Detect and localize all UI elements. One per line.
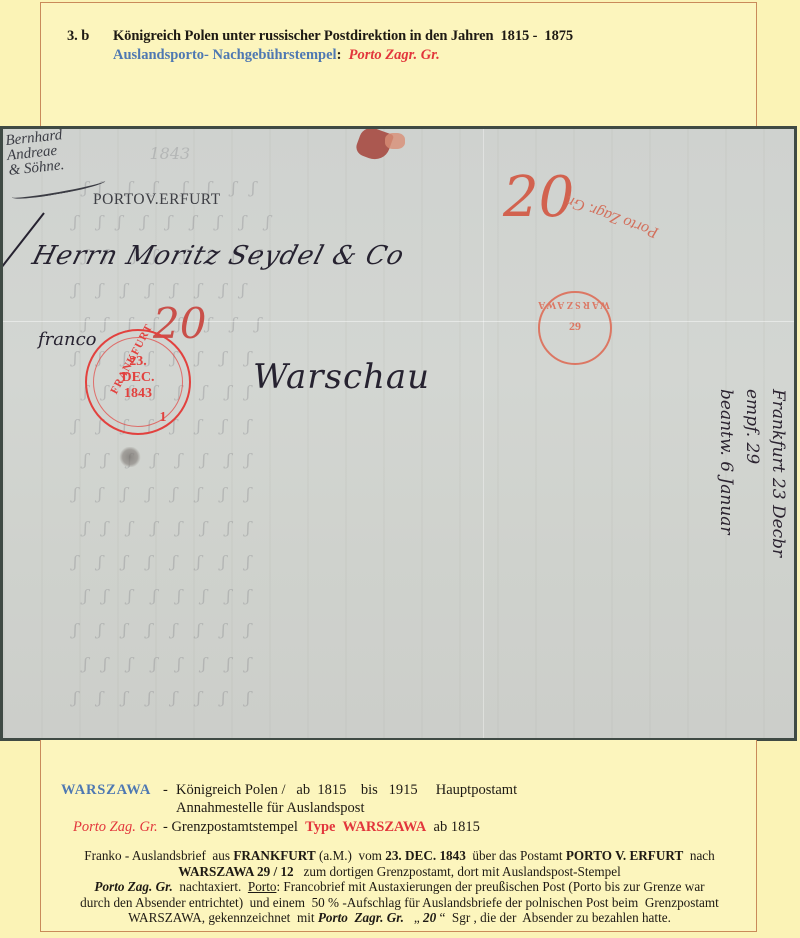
docket-notation: 1843 Bernh. Andreae & Söhne Frankfurt 23…: [543, 389, 797, 589]
postmark-day: 29: [540, 319, 610, 334]
desc-transit: PORTO V. ERFURT: [566, 848, 683, 863]
docket-sender: Bernh. Andreae & Söhne: [791, 389, 797, 589]
desc-text: (a.M.) vom: [316, 848, 386, 863]
desc-text: “ Sgr , die der Absender zu bezahlen hat…: [436, 910, 671, 925]
desc-text: „: [404, 910, 423, 925]
desc-text: zum dortigen Grenzpostamt, dort mit Ausl…: [294, 864, 621, 879]
subtitle-stamp-name: Porto Zagr. Gr.: [349, 47, 440, 63]
page-title: 3. bKönigreich Polen unter russischer Po…: [67, 28, 573, 45]
subtitle-colon: :: [337, 47, 342, 63]
section-number: 3. b: [67, 28, 113, 45]
header-panel: 3. bKönigreich Polen unter russischer Po…: [40, 2, 757, 127]
desc-text: nach: [683, 848, 715, 863]
desc-rate: 20: [423, 910, 436, 925]
postmark-suffix: 1: [137, 411, 189, 425]
desc-stamp: Porto Zagr. Gr.: [318, 910, 404, 925]
legend-porto-prefix: - Grenzpostamtstempel: [163, 819, 305, 835]
legend-warszawa-line2: Annahmestelle für Auslandspost: [176, 800, 364, 817]
postmark-year: 1843: [87, 387, 189, 401]
desc-stamp: Porto Zag. Gr.: [94, 879, 172, 894]
desc-arrival: WARSZAWA 29 / 12: [178, 864, 293, 879]
address-recipient: Herrn Moritz Seydel & Co: [29, 241, 408, 271]
legend-porto-suffix: ab 1815: [426, 819, 480, 835]
desc-date: 23. DEC. 1843: [385, 848, 466, 863]
desc-porto-term: Porto: [248, 879, 277, 894]
desc-text: nachtaxiert.: [173, 879, 248, 894]
red-porto-note: Porto Zagr. Gr.: [563, 191, 661, 241]
desc-line-3: Porto Zag. Gr. nachtaxiert. Porto: Franc…: [41, 879, 758, 895]
sender-line-3: & Söhne.: [8, 158, 66, 179]
desc-line-4: durch den Absender entrichtet) und einem…: [41, 895, 758, 911]
legend-warszawa-label: WARSZAWA: [61, 782, 156, 799]
legend-porto-label: Porto Zag. Gr.: [73, 819, 158, 836]
wax-seal-remnant-light: [385, 133, 405, 149]
desc-text: über das Postamt: [466, 848, 566, 863]
postmark-city: WARSZAWA: [540, 299, 610, 310]
legend-porto-type: Type WARSZAWA: [305, 819, 426, 835]
warszawa-arrival-postmark: WARSZAWA 29: [538, 291, 612, 365]
sender-handstamp: Bernhard Andreae & Söhne.: [5, 128, 66, 179]
cover-letter-image: 1843 ʃ ʃ ʃ ʃ ʃ ʃ ʃ ʃ ʃ ʃ ʃ ʃ ʃ ʃ ʃ ʃ ʃ ʃ…: [0, 126, 797, 741]
subtitle-label: Auslandsporto- Nachgebührstempel: [113, 47, 337, 63]
postmark-month: DEC.: [87, 371, 189, 385]
docket-received: empf. 29: [739, 389, 765, 589]
docket-answered: beantw. 6 Januar: [713, 389, 739, 589]
porto-erfurt-transit-stamp: PORTOV.ERFURT: [93, 191, 221, 209]
docket-origin: Frankfurt 23 Decbr: [765, 389, 791, 589]
legend-dash: -: [163, 782, 168, 799]
red-rate-manuscript: 20: [503, 165, 574, 230]
legend-porto-line: - Grenzpostamtstempel Type WARSZAWA ab 1…: [163, 819, 480, 836]
fold-line-vertical: [483, 129, 484, 738]
desc-line-2: WARSZAWA 29 / 12 zum dortigen Grenzposta…: [41, 864, 758, 880]
legend-warszawa-line1: Königreich Polen / ab 1815 bis 1915 Haup…: [176, 782, 517, 799]
desc-line-5: WARSZAWA, gekennzeichnet mit Porto Zagr.…: [41, 910, 758, 926]
desc-text: Franko - Auslandsbrief aus: [84, 848, 233, 863]
desc-text: : Francobrief mit Austaxierungen der pre…: [276, 879, 704, 894]
desc-line-1: Franko - Auslandsbrief aus FRANKFURT (a.…: [41, 848, 758, 864]
description-panel: WARSZAWA - Königreich Polen / ab 1815 bi…: [40, 740, 757, 932]
cover-description: Franko - Auslandsbrief aus FRANKFURT (a.…: [41, 848, 758, 926]
fold-line-horizontal: [3, 321, 794, 322]
address-city: Warschau: [253, 357, 430, 397]
page-subtitle: Auslandsporto- Nachgebührstempel: Porto …: [113, 47, 440, 64]
title-text: Königreich Polen unter russischer Postdi…: [113, 28, 573, 44]
frankfurt-postmark: FRANKFURT 23. DEC. 1843 1: [85, 329, 191, 435]
address-franco: franco: [38, 329, 97, 350]
desc-text: WARSZAWA, gekennzeichnet mit: [128, 910, 318, 925]
seal-impression: [119, 447, 141, 467]
desc-origin: FRANKFURT: [233, 848, 315, 863]
postmark-day: 23.: [87, 355, 189, 369]
